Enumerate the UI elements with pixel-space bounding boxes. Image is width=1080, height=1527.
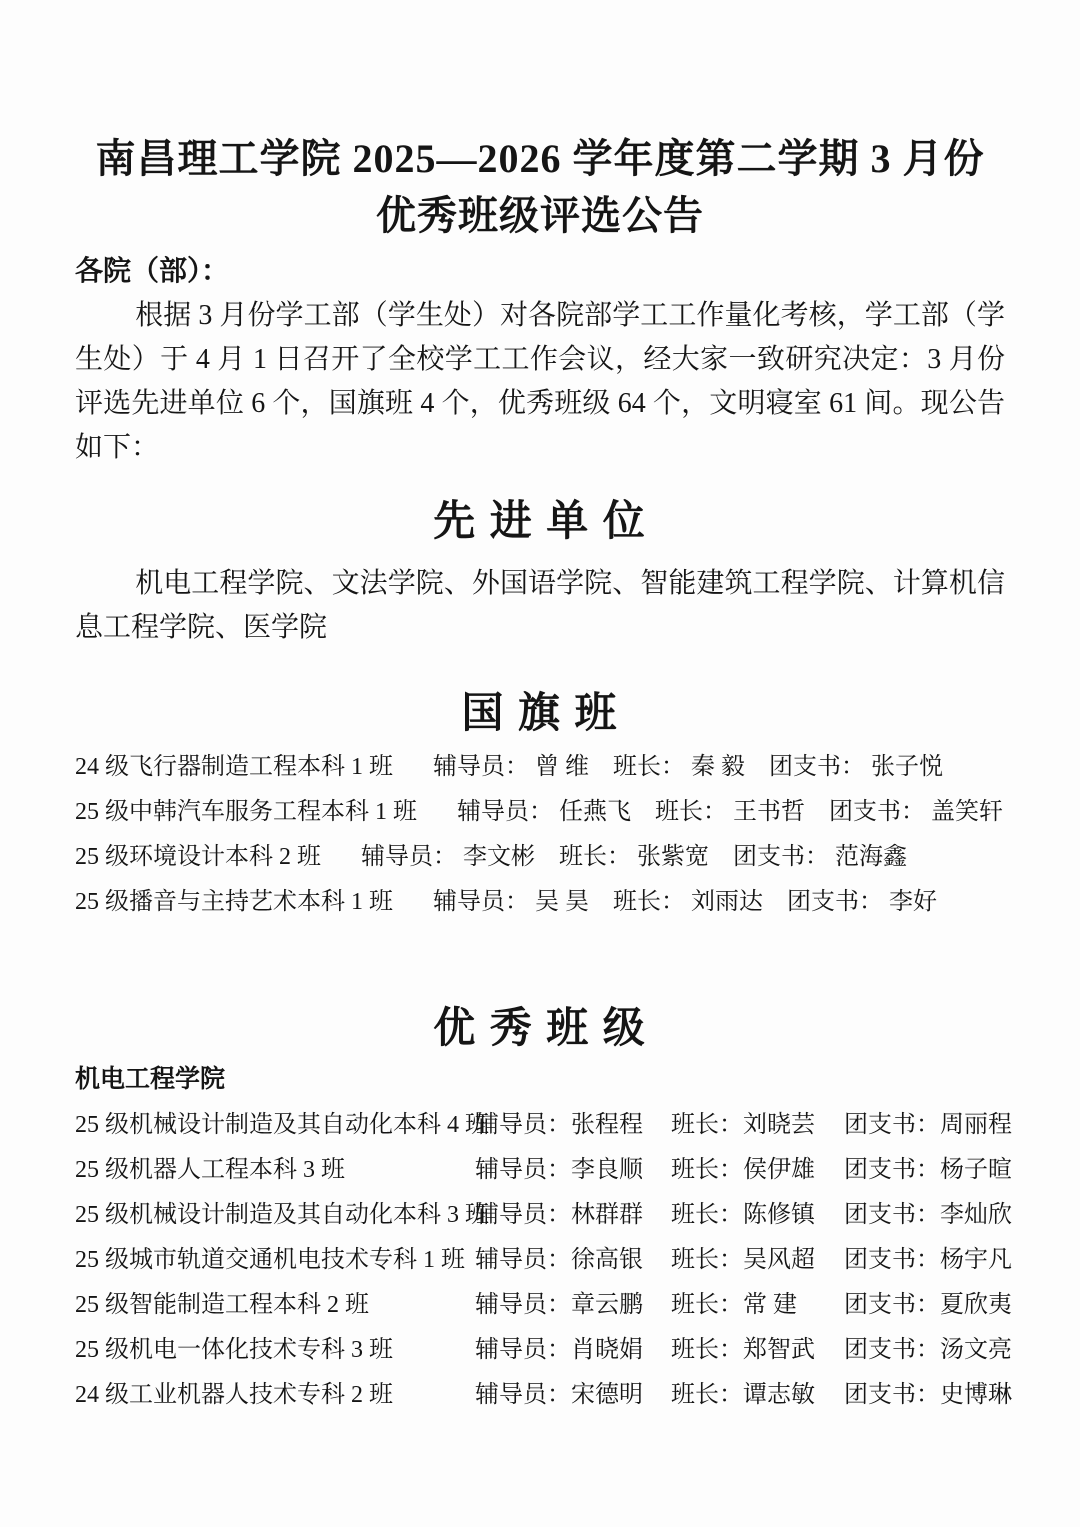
secretary-label: 团支书： bbox=[769, 754, 865, 780]
advanced-units-list: 机电工程学院、文法学院、外国语学院、智能建筑工程学院、计算机信息工程学院、医学院 bbox=[75, 562, 1005, 650]
monitor-name: 秦 毅 bbox=[691, 754, 745, 780]
secretary-cell: 团支书：杨子暄 bbox=[844, 1148, 1012, 1193]
secretary-cell: 团支书：李灿欣 bbox=[844, 1193, 1012, 1238]
secretary-label: 团支书： bbox=[844, 1292, 940, 1318]
counselor-label: 辅导员： bbox=[475, 1112, 571, 1138]
secretary-name: 杨宇凡 bbox=[940, 1247, 1012, 1273]
monitor-label: 班长： bbox=[671, 1157, 743, 1183]
monitor-name: 侯伊雄 bbox=[743, 1157, 815, 1183]
advanced-units-heading: 先 进 单 位 bbox=[75, 496, 1005, 548]
counselor-label: 辅导员： bbox=[433, 754, 529, 780]
secretary-pair: 团支书：李好 bbox=[787, 880, 937, 925]
flag-class-row: 24 级飞行器制造工程本科 1 班 辅导员：曾 维 班长：秦 毅 团支书：张子悦 bbox=[75, 745, 1005, 790]
class-name: 25 级机电一体化技术专科 3 班 bbox=[75, 1328, 475, 1373]
class-name: 24 级工业机器人技术专科 2 班 bbox=[75, 1373, 475, 1418]
class-name: 25 级播音与主持艺术本科 1 班 bbox=[75, 880, 393, 925]
secretary-name: 张子悦 bbox=[871, 754, 943, 780]
excellent-classes-table: 25 级机械设计制造及其自动化本科 4 班 辅导员：张程程 班长：刘晓芸 团支书… bbox=[75, 1103, 1005, 1418]
counselor-name: 张程程 bbox=[571, 1112, 643, 1138]
counselor-name: 吴 昊 bbox=[535, 889, 589, 915]
monitor-cell: 班长：郑智武 bbox=[671, 1328, 844, 1373]
excellent-class-row: 25 级智能制造工程本科 2 班 辅导员：章云鹏 班长：常 建 团支书：夏欣夷 bbox=[75, 1283, 1005, 1328]
counselor-name: 李文彬 bbox=[463, 844, 535, 870]
flag-class-row: 25 级环境设计本科 2 班 辅导员：李文彬 班长：张紫宽 团支书：范海鑫 bbox=[75, 835, 1005, 880]
document-title-line-2: 优秀班级评选公告 bbox=[75, 187, 1005, 244]
class-name: 24 级飞行器制造工程本科 1 班 bbox=[75, 745, 393, 790]
monitor-label: 班长： bbox=[671, 1337, 743, 1363]
counselor-cell: 辅导员：李良顺 bbox=[475, 1148, 671, 1193]
monitor-label: 班长： bbox=[671, 1292, 743, 1318]
excellent-class-row: 24 级工业机器人技术专科 2 班 辅导员：宋德明 班长：谭志敏 团支书：史博琳 bbox=[75, 1373, 1005, 1418]
counselor-cell: 辅导员：宋德明 bbox=[475, 1373, 671, 1418]
monitor-name: 王书哲 bbox=[733, 799, 805, 825]
counselor-name: 章云鹏 bbox=[571, 1292, 643, 1318]
secretary-name: 范海鑫 bbox=[835, 844, 907, 870]
counselor-name: 任燕飞 bbox=[559, 799, 631, 825]
class-name: 25 级环境设计本科 2 班 bbox=[75, 835, 321, 880]
secretary-name: 史博琳 bbox=[940, 1382, 1012, 1408]
secretary-name: 夏欣夷 bbox=[940, 1292, 1012, 1318]
college-subheading: 机电工程学院 bbox=[75, 1063, 1005, 1097]
class-name: 25 级城市轨道交通机电技术专科 1 班 bbox=[75, 1238, 475, 1283]
counselor-name: 曾 维 bbox=[535, 754, 589, 780]
secretary-name: 杨子暄 bbox=[940, 1157, 1012, 1183]
counselor-label: 辅导员： bbox=[433, 889, 529, 915]
class-name: 25 级机械设计制造及其自动化本科 3 班 bbox=[75, 1193, 475, 1238]
secretary-label: 团支书： bbox=[844, 1112, 940, 1138]
monitor-label: 班长： bbox=[613, 889, 685, 915]
document-title-line-1: 南昌理工学院 2025—2026 学年度第二学期 3 月份 bbox=[75, 130, 1005, 187]
intro-paragraph: 根据 3 月份学工部（学生处）对各院部学工工作量化考核，学工部（学生处）于 4 … bbox=[75, 294, 1005, 470]
secretary-label: 团支书： bbox=[844, 1382, 940, 1408]
monitor-cell: 班长：刘晓芸 bbox=[671, 1103, 844, 1148]
counselor-cell: 辅导员：徐高银 bbox=[475, 1238, 671, 1283]
salutation: 各院（部）： bbox=[75, 250, 1005, 294]
flag-classes-heading: 国 旗 班 bbox=[75, 688, 1005, 740]
counselor-name: 林群群 bbox=[571, 1202, 643, 1228]
counselor-label: 辅导员： bbox=[475, 1292, 571, 1318]
secretary-name: 李灿欣 bbox=[940, 1202, 1012, 1228]
secretary-pair: 团支书：张子悦 bbox=[769, 745, 943, 790]
flag-class-row: 25 级中韩汽车服务工程本科 1 班 辅导员：任燕飞 班长：王书哲 团支书：盖笑… bbox=[75, 790, 1005, 835]
secretary-pair: 团支书：盖笑轩 bbox=[829, 790, 1003, 835]
flag-classes-list: 24 级飞行器制造工程本科 1 班 辅导员：曾 维 班长：秦 毅 团支书：张子悦… bbox=[75, 745, 1005, 925]
counselor-cell: 辅导员：章云鹏 bbox=[475, 1283, 671, 1328]
monitor-name: 吴风超 bbox=[743, 1247, 815, 1273]
monitor-cell: 班长：侯伊雄 bbox=[671, 1148, 844, 1193]
counselor-pair: 辅导员：曾 维 bbox=[433, 745, 589, 790]
monitor-label: 班长： bbox=[671, 1382, 743, 1408]
monitor-cell: 班长：谭志敏 bbox=[671, 1373, 844, 1418]
secretary-name: 盖笑轩 bbox=[931, 799, 1003, 825]
counselor-label: 辅导员： bbox=[475, 1202, 571, 1228]
counselor-label: 辅导员： bbox=[457, 799, 553, 825]
secretary-label: 团支书： bbox=[829, 799, 925, 825]
monitor-name: 刘晓芸 bbox=[743, 1112, 815, 1138]
counselor-name: 肖晓娟 bbox=[571, 1337, 643, 1363]
monitor-name: 刘雨达 bbox=[691, 889, 763, 915]
secretary-name: 李好 bbox=[889, 889, 937, 915]
class-name: 25 级机械设计制造及其自动化本科 4 班 bbox=[75, 1103, 475, 1148]
excellent-class-row: 25 级机电一体化技术专科 3 班 辅导员：肖晓娟 班长：郑智武 团支书：汤文亮 bbox=[75, 1328, 1005, 1373]
secretary-cell: 团支书：杨宇凡 bbox=[844, 1238, 1012, 1283]
monitor-name: 谭志敏 bbox=[743, 1382, 815, 1408]
secretary-name: 周丽程 bbox=[940, 1112, 1012, 1138]
monitor-label: 班长： bbox=[613, 754, 685, 780]
monitor-cell: 班长：吴风超 bbox=[671, 1238, 844, 1283]
monitor-name: 陈修镇 bbox=[743, 1202, 815, 1228]
excellent-class-row: 25 级机械设计制造及其自动化本科 3 班 辅导员：林群群 班长：陈修镇 团支书… bbox=[75, 1193, 1005, 1238]
class-name: 25 级机器人工程本科 3 班 bbox=[75, 1148, 475, 1193]
monitor-label: 班长： bbox=[671, 1247, 743, 1273]
counselor-pair: 辅导员：任燕飞 bbox=[457, 790, 631, 835]
monitor-pair: 班长：刘雨达 bbox=[613, 880, 763, 925]
monitor-label: 班长： bbox=[559, 844, 631, 870]
secretary-label: 团支书： bbox=[844, 1247, 940, 1273]
monitor-label: 班长： bbox=[655, 799, 727, 825]
secretary-cell: 团支书：夏欣夷 bbox=[844, 1283, 1012, 1328]
monitor-name: 张紫宽 bbox=[637, 844, 709, 870]
counselor-name: 宋德明 bbox=[571, 1382, 643, 1408]
counselor-cell: 辅导员：林群群 bbox=[475, 1193, 671, 1238]
document-title: 南昌理工学院 2025—2026 学年度第二学期 3 月份 优秀班级评选公告 bbox=[75, 130, 1005, 244]
excellent-classes-heading: 优 秀 班 级 bbox=[75, 1003, 1005, 1055]
announcement-document: 南昌理工学院 2025—2026 学年度第二学期 3 月份 优秀班级评选公告 各… bbox=[0, 0, 1080, 1527]
flag-class-row: 25 级播音与主持艺术本科 1 班 辅导员：吴 昊 班长：刘雨达 团支书：李好 bbox=[75, 880, 1005, 925]
monitor-cell: 班长：陈修镇 bbox=[671, 1193, 844, 1238]
counselor-pair: 辅导员：李文彬 bbox=[361, 835, 535, 880]
secretary-cell: 团支书：周丽程 bbox=[844, 1103, 1012, 1148]
counselor-label: 辅导员： bbox=[475, 1247, 571, 1273]
counselor-label: 辅导员： bbox=[361, 844, 457, 870]
secretary-cell: 团支书：汤文亮 bbox=[844, 1328, 1012, 1373]
secretary-name: 汤文亮 bbox=[940, 1337, 1012, 1363]
counselor-label: 辅导员： bbox=[475, 1337, 571, 1363]
counselor-pair: 辅导员：吴 昊 bbox=[433, 880, 589, 925]
counselor-cell: 辅导员：张程程 bbox=[475, 1103, 671, 1148]
monitor-pair: 班长：张紫宽 bbox=[559, 835, 709, 880]
counselor-label: 辅导员： bbox=[475, 1157, 571, 1183]
class-name: 25 级智能制造工程本科 2 班 bbox=[75, 1283, 475, 1328]
counselor-name: 徐高银 bbox=[571, 1247, 643, 1273]
counselor-cell: 辅导员：肖晓娟 bbox=[475, 1328, 671, 1373]
secretary-label: 团支书： bbox=[844, 1337, 940, 1363]
counselor-label: 辅导员： bbox=[475, 1382, 571, 1408]
secretary-label: 团支书： bbox=[787, 889, 883, 915]
counselor-name: 李良顺 bbox=[571, 1157, 643, 1183]
monitor-name: 郑智武 bbox=[743, 1337, 815, 1363]
monitor-cell: 班长：常 建 bbox=[671, 1283, 844, 1328]
monitor-label: 班长： bbox=[671, 1112, 743, 1138]
excellent-class-row: 25 级机械设计制造及其自动化本科 4 班 辅导员：张程程 班长：刘晓芸 团支书… bbox=[75, 1103, 1005, 1148]
excellent-class-row: 25 级机器人工程本科 3 班 辅导员：李良顺 班长：侯伊雄 团支书：杨子暄 bbox=[75, 1148, 1005, 1193]
secretary-cell: 团支书：史博琳 bbox=[844, 1373, 1012, 1418]
monitor-label: 班长： bbox=[671, 1202, 743, 1228]
monitor-name: 常 建 bbox=[743, 1292, 797, 1318]
secretary-label: 团支书： bbox=[733, 844, 829, 870]
class-name: 25 级中韩汽车服务工程本科 1 班 bbox=[75, 790, 417, 835]
secretary-label: 团支书： bbox=[844, 1202, 940, 1228]
monitor-pair: 班长：秦 毅 bbox=[613, 745, 745, 790]
secretary-pair: 团支书：范海鑫 bbox=[733, 835, 907, 880]
secretary-label: 团支书： bbox=[844, 1157, 940, 1183]
excellent-class-row: 25 级城市轨道交通机电技术专科 1 班 辅导员：徐高银 班长：吴风超 团支书：… bbox=[75, 1238, 1005, 1283]
monitor-pair: 班长：王书哲 bbox=[655, 790, 805, 835]
